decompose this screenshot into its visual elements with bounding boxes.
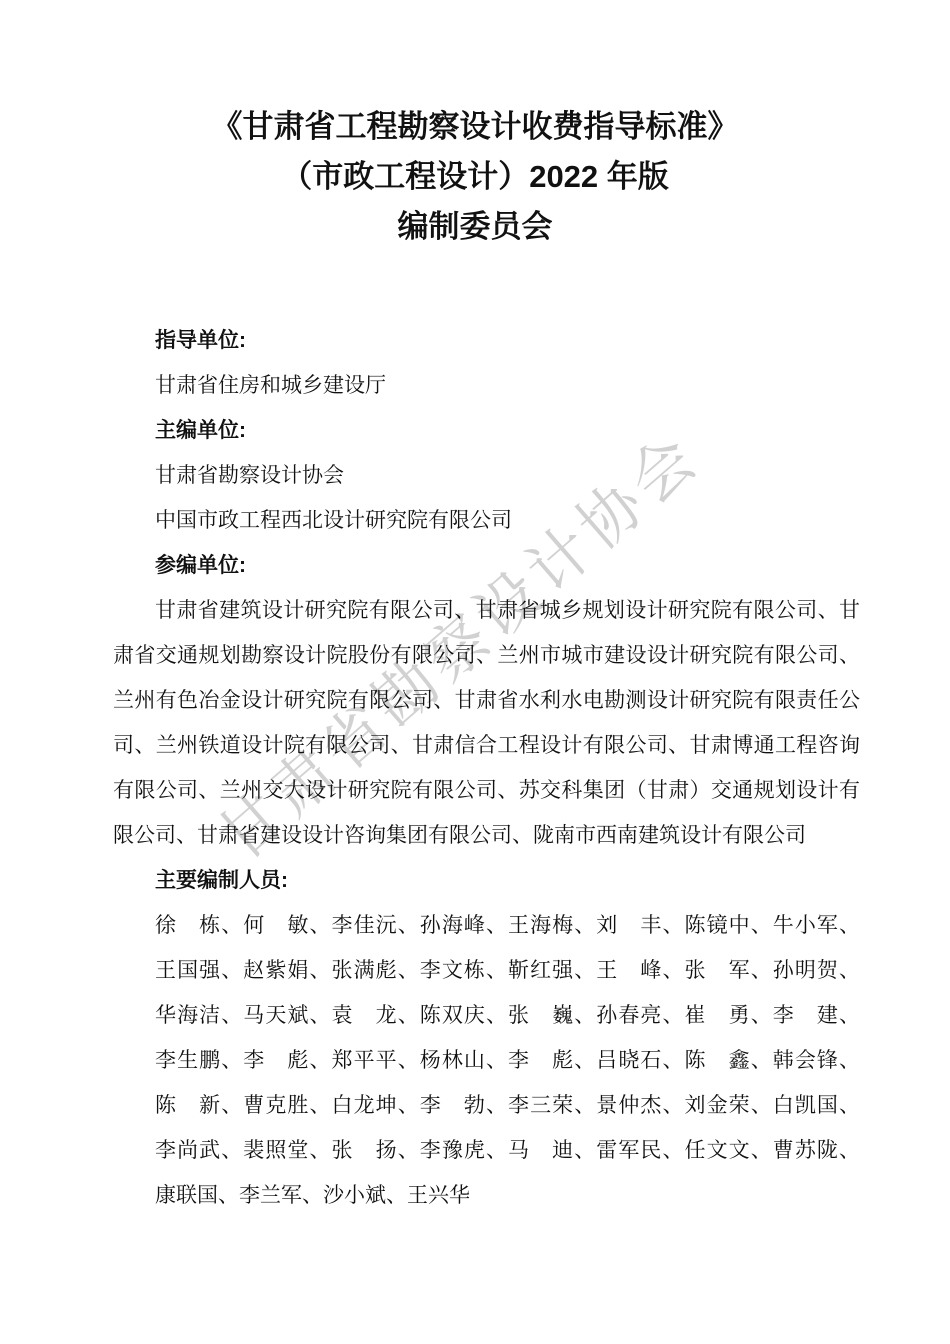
participating-units-line: 限公司、甘肃省建设设计咨询集团有限公司、陇南市西南建筑设计有限公司 [113, 813, 860, 858]
chief-editor-unit-item: 甘肃省勘察设计协会 [113, 453, 860, 498]
main-staff-line: 李尚武、裴照堂、张 扬、李豫虎、马 迪、雷军民、任文文、曹苏陇、 [113, 1128, 860, 1173]
title-block: 《甘肃省工程勘察设计收费指导标准》 （市政工程设计）2022 年版 编制委员会 [0, 102, 950, 252]
document-subtitle: （市政工程设计）2022 年版 [0, 152, 950, 202]
guide-unit-heading: 指导单位: [113, 318, 860, 363]
participating-units-line: 有限公司、兰州交大设计研究院有限公司、苏交科集团（甘肃）交通规划设计有 [113, 768, 860, 813]
main-staff-line: 华海洁、马天斌、袁 龙、陈双庆、张 巍、孙春亮、崔 勇、李 建、 [113, 993, 860, 1038]
participating-units-heading: 参编单位: [113, 543, 860, 588]
participating-units-line: 兰州有色冶金设计研究院有限公司、甘肃省水利水电勘测设计研究院有限责任公 [113, 678, 860, 723]
participating-units-line: 甘肃省建筑设计研究院有限公司、甘肃省城乡规划设计研究院有限公司、甘 [113, 588, 860, 633]
guide-unit-item: 甘肃省住房和城乡建设厅 [113, 363, 860, 408]
main-staff-line: 王国强、赵紫娟、张满彪、李文栋、靳红强、王 峰、张 军、孙明贺、 [113, 948, 860, 993]
document-title: 《甘肃省工程勘察设计收费指导标准》 [0, 102, 950, 152]
main-staff-line: 陈 新、曹克胜、白龙坤、李 勃、李三荣、景仲杰、刘金荣、白凯国、 [113, 1083, 860, 1128]
main-staff-line: 李生鹏、李 彪、郑平平、杨林山、李 彪、吕晓石、陈 鑫、韩会锋、 [113, 1038, 860, 1083]
committee-title: 编制委员会 [0, 202, 950, 252]
chief-editor-unit-item: 中国市政工程西北设计研究院有限公司 [113, 498, 860, 543]
main-staff-line: 康联国、李兰军、沙小斌、王兴华 [113, 1173, 860, 1218]
main-staff-line: 徐 栋、何 敏、李佳沅、孙海峰、王海梅、刘 丰、陈镜中、牛小军、 [113, 903, 860, 948]
main-staff-heading: 主要编制人员: [113, 858, 860, 903]
participating-units-line: 肃省交通规划勘察设计院股份有限公司、兰州市城市建设设计研究院有限公司、 [113, 633, 860, 678]
chief-editor-unit-heading: 主编单位: [113, 408, 860, 453]
document-page: 甘肃省勘察设计协会 《甘肃省工程勘察设计收费指导标准》 （市政工程设计）2022… [0, 0, 950, 1344]
participating-units-line: 司、兰州铁道设计院有限公司、甘肃信合工程设计有限公司、甘肃博通工程咨询 [113, 723, 860, 768]
document-body: 指导单位: 甘肃省住房和城乡建设厅 主编单位: 甘肃省勘察设计协会 中国市政工程… [113, 318, 860, 1218]
